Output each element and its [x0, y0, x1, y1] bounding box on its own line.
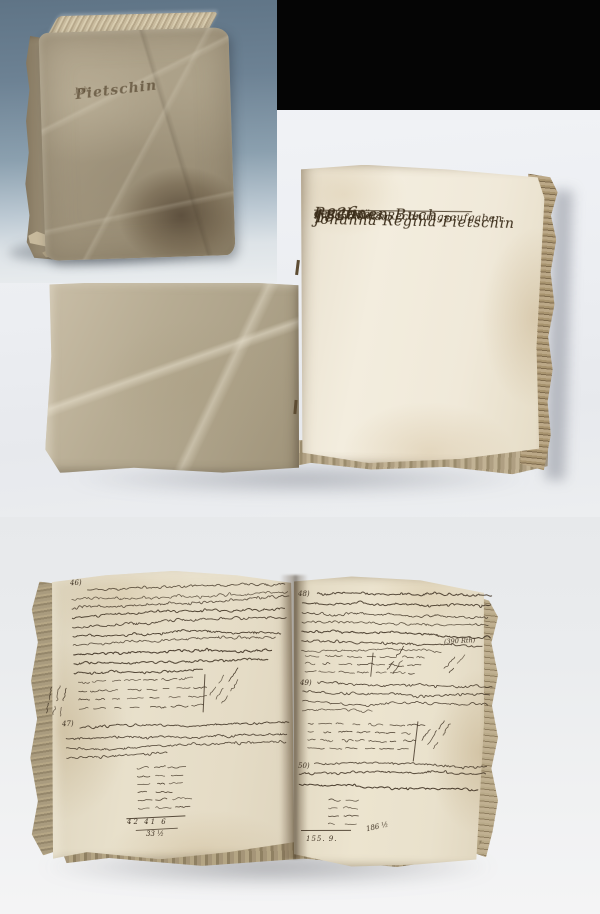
handwriting-simulation	[0, 517, 600, 914]
left-flyleaf	[45, 279, 301, 476]
sum-below-left: 33 ½	[146, 830, 164, 838]
inline-total: (390 Rth)	[444, 636, 476, 646]
cover-wrinkles	[38, 27, 235, 261]
title-inscription: Rechnen Buch, nach Pitters Rechnungsaufg…	[314, 204, 526, 208]
paragraph-marker: 49)	[300, 679, 312, 687]
black-corner	[277, 0, 600, 110]
sum-line-left: 42 41 6	[127, 818, 168, 826]
closed-book: Joh. Pietschin	[22, 10, 232, 262]
sum-line-right: 155. 9.	[306, 835, 338, 843]
title-page: Rechnen Buch, nach Pitters Rechnungsaufg…	[295, 163, 545, 466]
paragraph-marker: 46)	[70, 579, 82, 587]
photo-montage: Rechnen Buch, nach Pitters Rechnungsaufg…	[0, 0, 600, 914]
book-cover: Joh. Pietschin	[38, 27, 235, 261]
paragraph-marker: 48)	[298, 590, 310, 598]
stitching-thread	[295, 260, 300, 275]
paragraph-marker: 47)	[62, 720, 74, 728]
photo-calculation-spread: 46) 47) 48) 49) 50) (390 Rth) 42 41 6 33…	[0, 517, 600, 914]
photo-closed-book: Joh. Pietschin	[0, 0, 277, 283]
paragraph-marker: 50)	[298, 762, 310, 770]
